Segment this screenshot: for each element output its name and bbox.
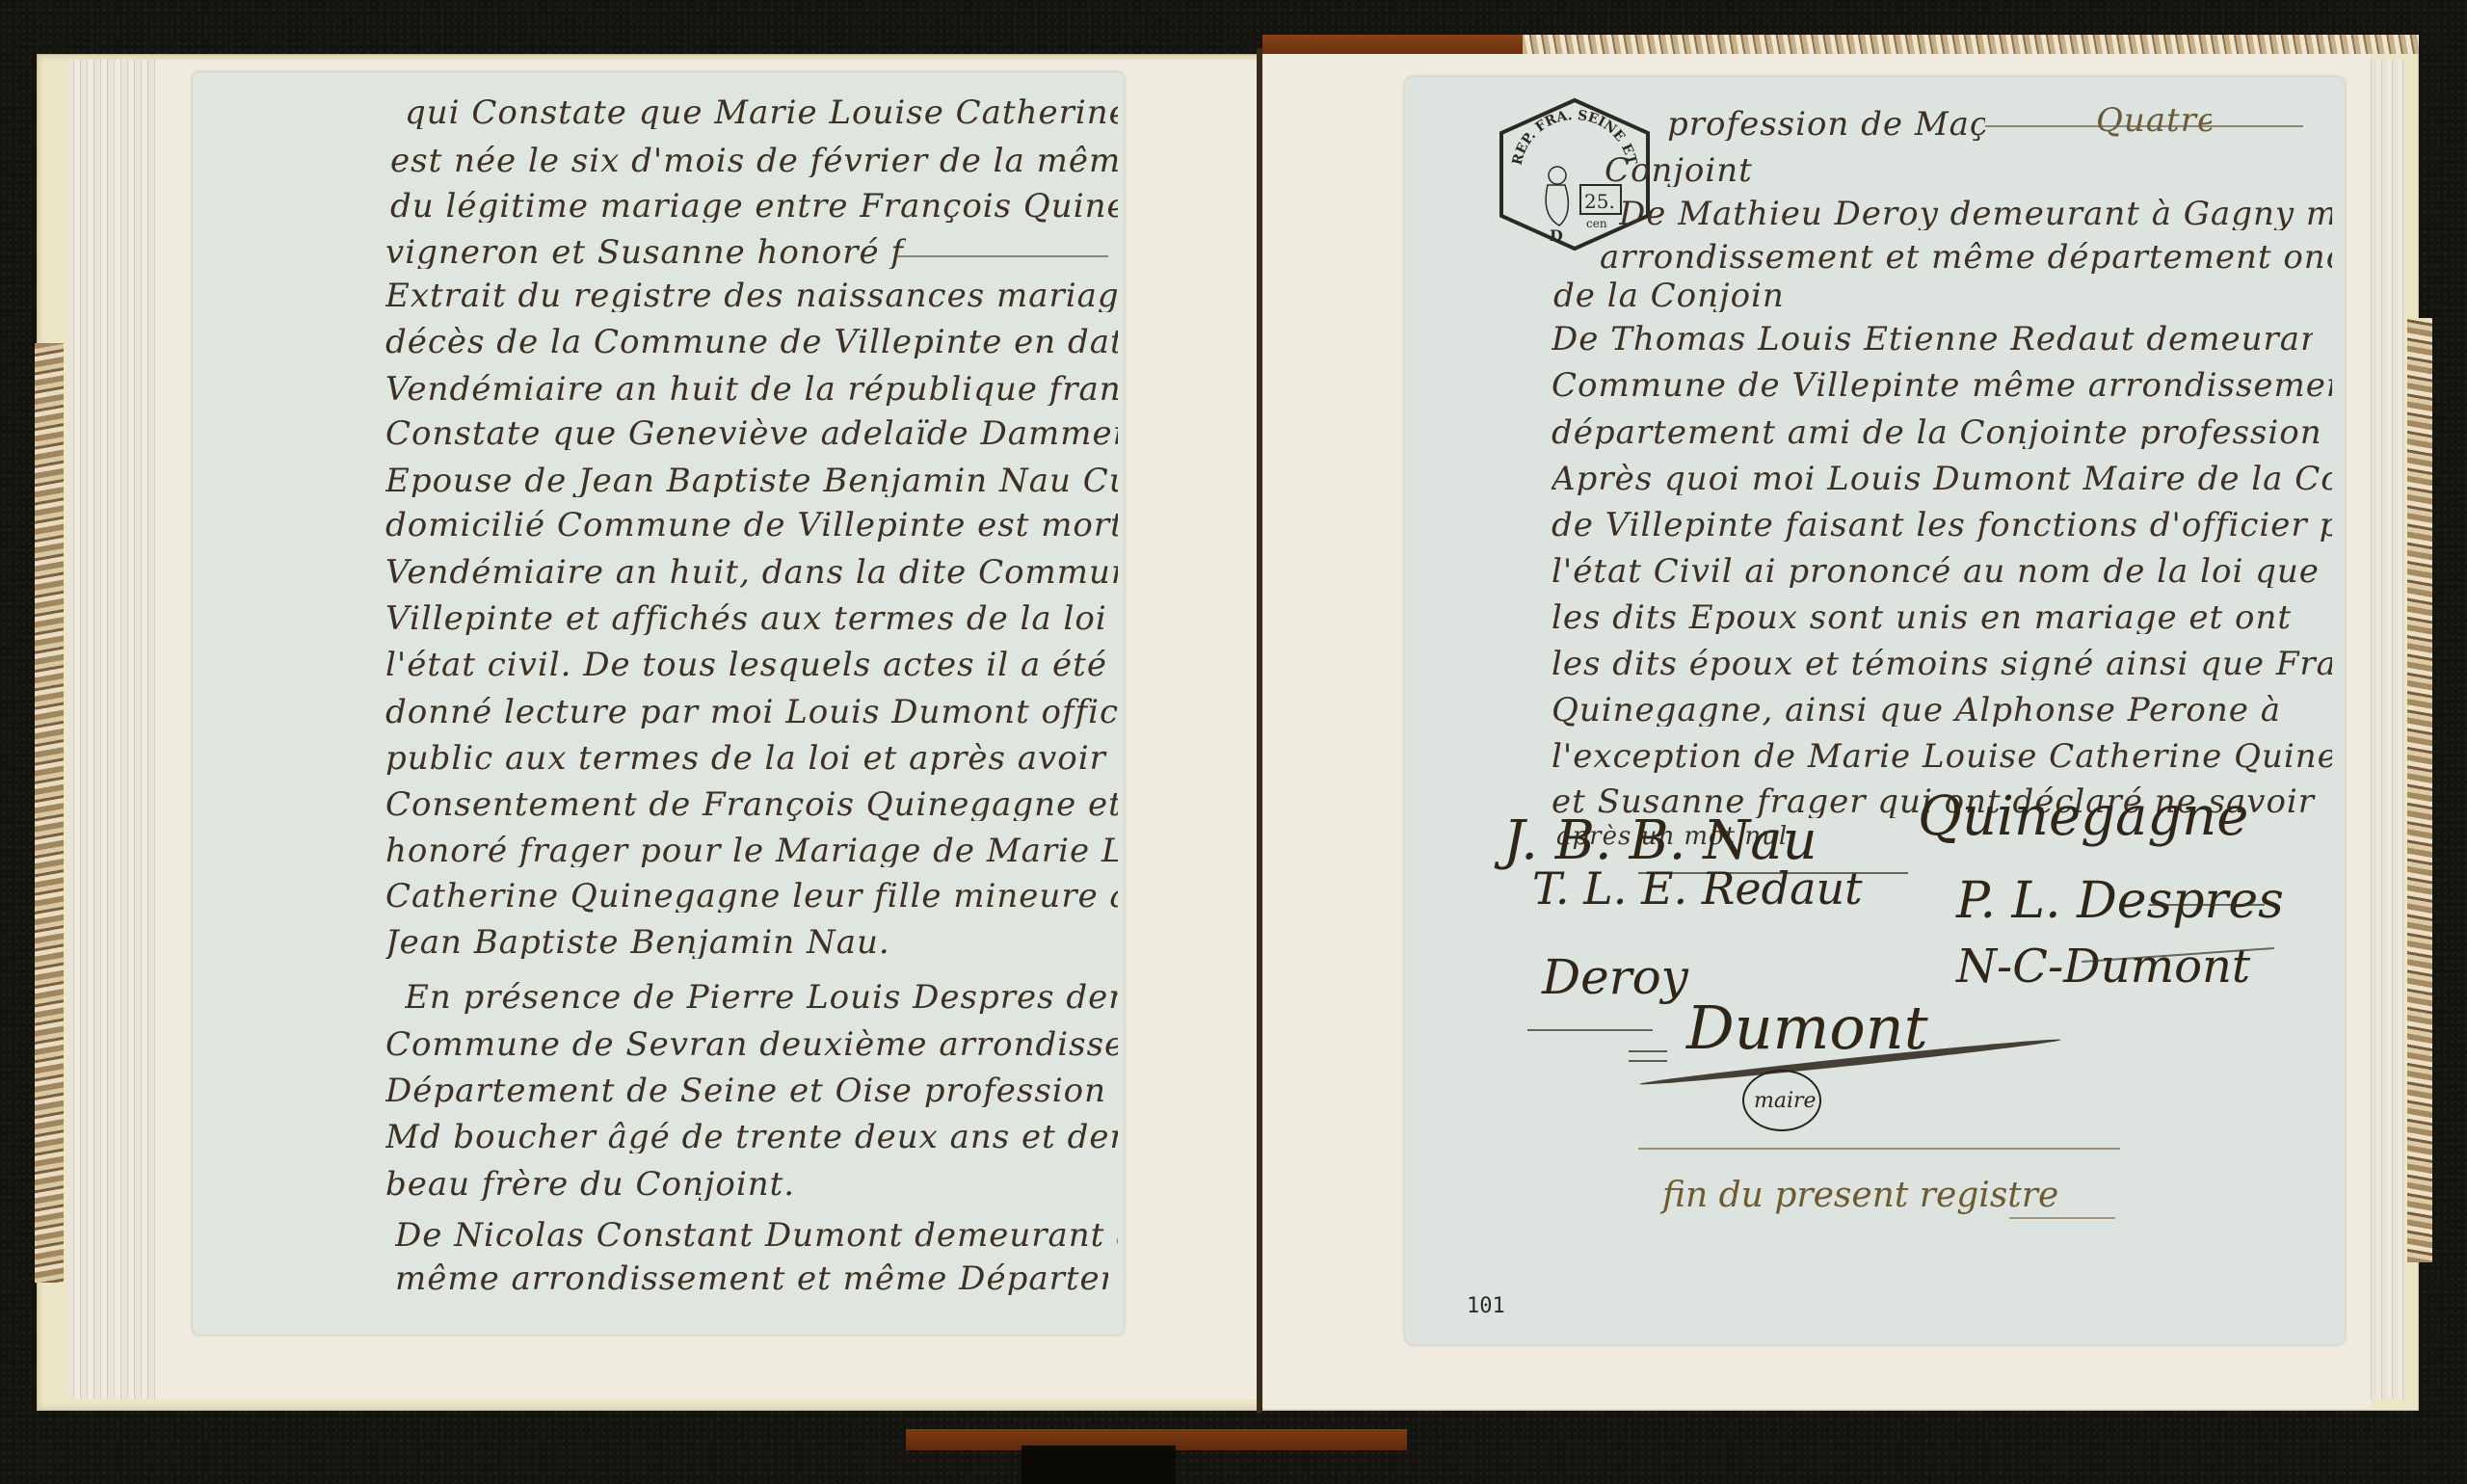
handwritten-line: l'état civil. De tous lesquels actes il … <box>385 649 1118 681</box>
handwritten-line: les dits époux et témoins signé ainsi qu… <box>1552 648 2332 680</box>
handwritten-line: Quinegagne, ainsi que Alphonse Perone à <box>1552 694 2332 727</box>
handwritten-line: De Thomas Louis Etienne Redaut demeurant <box>1552 323 2313 356</box>
handwritten-line: qui Constate que Marie Louise Catherine … <box>405 96 1118 129</box>
handwritten-line: arrondissement et même département oncle… <box>1600 241 2332 274</box>
svg-text:D: D <box>1550 226 1563 245</box>
handwritten-line: de la Conjointe <box>1553 279 1785 312</box>
handwritten-line: l'exception de Marie Louise Catherine Qu… <box>1552 740 2332 773</box>
handwritten-line: l'état Civil ai prononcé au nom de la lo… <box>1552 555 2332 588</box>
svg-text:cen: cen <box>1586 217 1607 230</box>
mayor-title: maire <box>1754 1089 1817 1113</box>
signature-dumont-mayor: Dumont <box>1686 993 1928 1063</box>
handwritten-line: département ami de la Conjointe professi… <box>1552 416 2332 449</box>
left-marbled-edge <box>35 343 64 1283</box>
closing-rule <box>1638 1148 2120 1150</box>
spine-top-leather <box>1262 35 1523 54</box>
handwritten-line: décès de la Commune de Villepinte en dat… <box>385 326 1118 358</box>
handwritten-line: Commune de Sevran deuxième arrondissemen… <box>385 1028 1118 1061</box>
signature-despres: P. L. Despres <box>1956 872 2284 930</box>
right-marbled-edge <box>2407 318 2432 1262</box>
handwritten-line: les dits Epoux sont unis en mariage et o… <box>1552 601 2332 634</box>
handwritten-line: vigneron et Susanne honoré frager. <box>385 236 906 269</box>
closing-note: fin du present registre <box>1662 1176 2058 1215</box>
handwritten-line: En présence de Pierre Louis Despres deme… <box>405 981 1118 1014</box>
signature-deroy: Deroy <box>1542 949 1688 1005</box>
signature-underline <box>2149 904 2265 906</box>
handwritten-line: Constate que Geneviève adelaïde Dammerva… <box>385 417 1118 450</box>
handwritten-line: beau frère du Conjoint. <box>385 1168 906 1201</box>
closing-flourish <box>2009 1217 2115 1219</box>
flourish-mark <box>1629 1060 1667 1062</box>
handwritten-line: du légitime mariage entre François Quine… <box>390 190 1118 223</box>
handwritten-line: Conjoint <box>1605 154 1778 187</box>
handwritten-line: De Nicolas Constant Dumont demeurant à V… <box>395 1219 1118 1252</box>
handwritten-line: honoré frager pour le Mariage de Marie L… <box>385 835 1118 867</box>
svg-text:25.: 25. <box>1584 190 1615 213</box>
handwritten-line: est née le six d'mois de février de la m… <box>390 145 1118 177</box>
handwritten-line: public aux termes de la loi et après avo… <box>385 742 1118 775</box>
signature-underline <box>1527 1029 1653 1031</box>
page-number: 101 <box>1467 1294 1505 1318</box>
handwritten-line: Après quoi moi Louis Dumont Maire de la … <box>1552 463 2332 495</box>
shadow-under-spine <box>1021 1445 1176 1484</box>
signature-nc-dumont: N-C-Dumont <box>1956 940 2250 994</box>
handwritten-line: Catherine Quinegagne leur fille mineure … <box>385 880 1118 913</box>
top-marbled-edge <box>1523 35 2419 54</box>
signature-redaut: T. L. E. Redaut <box>1532 862 1863 914</box>
spine-gutter <box>1257 48 1262 1413</box>
handwritten-line: Consentement de François Quinegagne et d… <box>385 788 1118 821</box>
handwritten-line: domicilié Commune de Villepinte est mort… <box>385 509 1118 542</box>
handwritten-line: Vendémiaire an huit de la république fra… <box>385 373 1118 406</box>
handwritten-line: Md boucher âgé de trente deux ans et dem… <box>385 1121 1118 1153</box>
line-filler-rule <box>896 255 1108 257</box>
line-filler-rule <box>1985 125 2303 127</box>
margin-annotation: Quatre <box>2096 104 2212 137</box>
handwritten-line: Commune de Villepinte même arrondissemen… <box>1552 369 2332 402</box>
handwritten-line: donné lecture par moi Louis Dumont offic… <box>385 696 1118 729</box>
handwritten-line: profession de Maçon ami du <box>1667 108 1985 141</box>
flourish-mark <box>1629 1050 1667 1052</box>
handwritten-line: Vendémiaire an huit, dans la dite Commun… <box>385 556 1118 589</box>
handwritten-line: Villepinte et affichés aux termes de la … <box>385 602 1118 635</box>
handwritten-line: de Villepinte faisant les fonctions d'of… <box>1552 509 2332 542</box>
right-page-stack <box>2366 60 2404 1399</box>
handwritten-line: Epouse de Jean Baptiste Benjamin Nau Cul… <box>385 464 1118 497</box>
handwritten-line: Extrait du registre des naissances maria… <box>385 279 1118 312</box>
handwritten-line: même arrondissement et même Département <box>395 1262 1108 1295</box>
handwritten-line: Jean Baptiste Benjamin Nau. <box>385 926 983 959</box>
handwritten-line: Département de Seine et Oise profession … <box>385 1074 1118 1107</box>
left-page-stack <box>67 60 154 1399</box>
handwritten-line: De Mathieu Deroy demeurant à Gagny même <box>1619 198 2332 230</box>
signature-quinegagne: Quinegagne <box>1918 785 2248 848</box>
